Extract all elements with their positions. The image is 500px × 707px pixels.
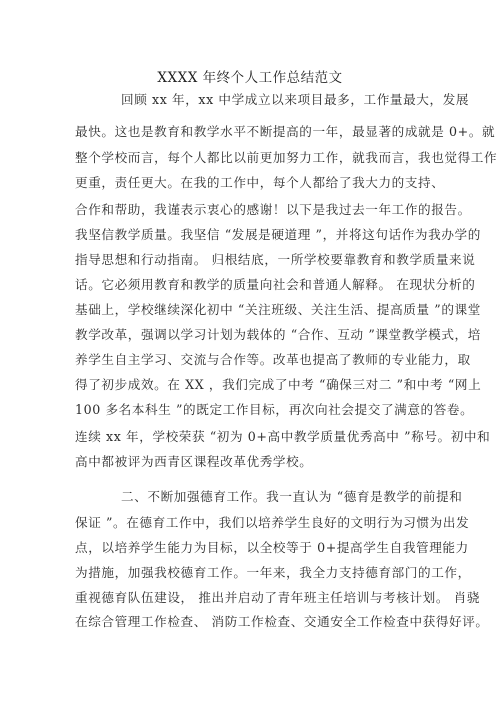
document-title: XXXX 年终个人工作总结范文 xyxy=(0,66,500,86)
paragraph-line: 在综合管理工作检查、 消防工作检查、交通安全工作检查中获得好评。 xyxy=(75,614,489,630)
paragraph-line: 养学生自主学习、交流与合作等。改革也提高了教师的专业能力，取 xyxy=(75,352,471,368)
paragraph-line: 整个学校而言，每个人都比以前更加努力工作，就我而言，我也觉得工作 xyxy=(75,150,497,166)
paragraph-line: 我坚信教学质量。我坚信 “发展是硬道理 ”，并将这句话作为我办学的 xyxy=(75,227,481,243)
paragraph-line: 100 多名本科生 ”的既定工作目标，再次向社会提交了满意的答卷。 xyxy=(75,402,473,418)
paragraph-line: 重视德育队伍建设， 推出并启动了青年班主任培训与考核计划。 肖骁 xyxy=(75,590,480,606)
paragraph-line: 得了初步成效。在 XX ，我们完成了中考 “确保三对二 ”和中考 “网上 xyxy=(75,377,481,393)
paragraph-line: 更重，责任更大。在我的工作中，每个人都给了我大力的支持、 xyxy=(75,175,444,191)
paragraph-line: 教学改革，强调以学习计划为载体的 “合作、互动 ”课堂教学模式，培 xyxy=(75,327,481,343)
paragraph-line: 高中都被评为西青区课程改革优秀学校。 xyxy=(75,454,313,470)
paragraph-line: 话。它必须用教育和教学的质量向社会和普通人解释。 在现状分析的 xyxy=(75,277,475,293)
paragraph-line: 合作和帮助，我谨表示衷心的感谢！以下是我过去一年工作的报告。 xyxy=(75,202,471,218)
paragraph-line: 为措施，加强我校德育工作。一年来，我全力支持德育部门的工作， xyxy=(75,565,471,581)
paragraph-line: 点，以培养学生能力为目标，以全校等于 0+提高学生自我管理能力 xyxy=(75,540,469,556)
paragraph-line: 连续 xx 年，学校荣获 “初为 0+高中教学质量优秀高中 ”称号。初中和 xyxy=(75,429,490,445)
document-page: XXXX 年终个人工作总结范文 回顾 xx 年，xx 中学成立以来项目最多，工作… xyxy=(0,0,500,707)
paragraph-line: 二、不断加强德育工作。我一直认为 “德育是教学的前提和 xyxy=(121,489,463,505)
paragraph-line: 指导思想和行动指南。 归根结底，一所学校要靠教育和教学质量来说 xyxy=(75,252,475,268)
paragraph-line: 保证 ”。在德育工作中，我们以培养学生良好的文明行为习惯为出发 xyxy=(75,515,469,531)
paragraph-line: 基础上，学校继续深化初中 “关注班级、关注生活、提高质量 ”的课堂 xyxy=(75,302,481,318)
paragraph-line: 最快。这也是教育和教学水平不断提高的一年，最显著的成就是 0+。就 xyxy=(75,124,495,140)
paragraph-line: 回顾 xx 年，xx 中学成立以来项目最多，工作量最大，发展 xyxy=(121,92,469,108)
